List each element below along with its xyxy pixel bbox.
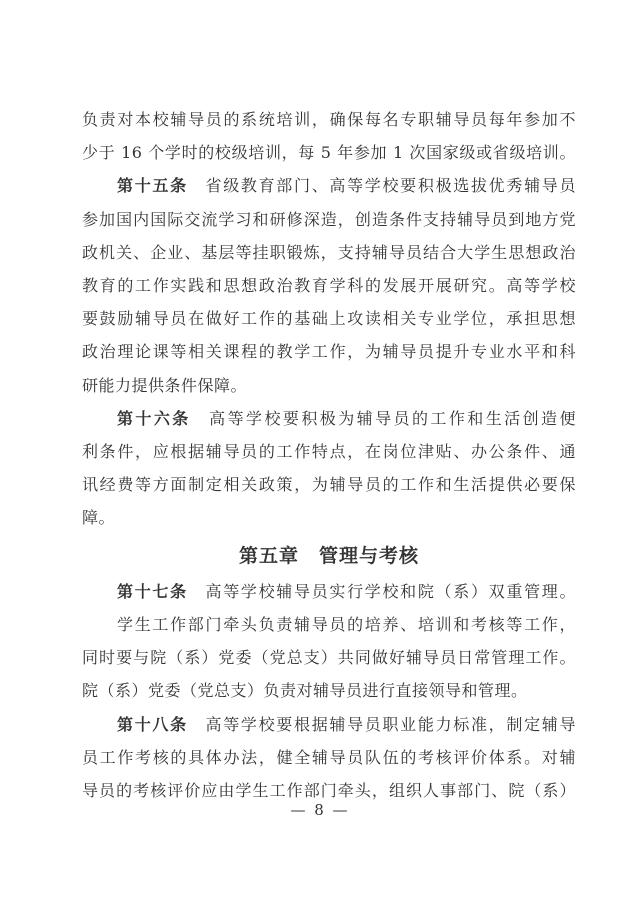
text-run: 研能力提供条件保障。	[82, 376, 247, 395]
text-run: 高等学校要根据辅导员职业能力标准，制定辅导	[188, 715, 576, 734]
text-run: 高等学校辅导员实行学校和院（系）双重管理。	[188, 582, 576, 601]
text-line: 教育的工作实践和思想政治教育学科的发展开展研究。高等学校	[82, 269, 576, 302]
text-line: 少于 16 个学时的校级培训，每 5 年参加 1 次国家级或省级培训。	[82, 136, 576, 169]
text-run: 政机关、企业、基层等挂职锻炼，支持辅导员结合大学生思想政治	[82, 243, 576, 262]
text-run: 利条件，应根据辅导员的工作特点，在岗位津贴、办公条件、通	[82, 442, 576, 461]
text-line: 利条件，应根据辅导员的工作特点，在岗位津贴、办公条件、通	[82, 435, 576, 468]
text-line: 障。	[82, 501, 576, 534]
document-page: 负责对本校辅导员的系统培训，确保每名专职辅导员每年参加不少于 16 个学时的校级…	[0, 0, 640, 905]
text-line: 政治理论课等相关课程的教学工作，为辅导员提升专业水平和科	[82, 335, 576, 368]
text-run: 员工作考核的具体办法，健全辅导员队伍的考核评价体系。对辅	[82, 748, 576, 767]
text-run: 导员的考核评价应由学生工作部门牵头，组织人事部门、院（系）	[82, 781, 576, 800]
text-line: 第十七条 高等学校辅导员实行学校和院（系）双重管理。	[82, 575, 576, 608]
text-run: 政治理论课等相关课程的教学工作，为辅导员提升专业水平和科	[82, 342, 576, 361]
text-run: 讯经费等方面制定相关政策，为辅导员的工作和生活提供必要保	[82, 475, 576, 494]
text-line: 负责对本校辅导员的系统培训，确保每名专职辅导员每年参加不	[82, 103, 576, 136]
text-run: 学生工作部门牵头负责辅导员的培养、培训和考核等工作，	[117, 615, 576, 634]
bold-text-run: 第十六条	[117, 409, 191, 428]
document-body: 负责对本校辅导员的系统培训，确保每名专职辅导员每年参加不少于 16 个学时的校级…	[82, 103, 576, 807]
text-run: 参加国内国际交流学习和研修深造，创造条件支持辅导员到地方党	[82, 210, 576, 229]
text-line: 第十六条 高等学校要积极为辅导员的工作和生活创造便	[82, 402, 576, 435]
text-line: 参加国内国际交流学习和研修深造，创造条件支持辅导员到地方党	[82, 203, 576, 236]
bold-text-run: 第十八条	[117, 715, 188, 734]
chapter-heading: 第五章 管理与考核	[82, 540, 576, 573]
text-run: 教育的工作实践和思想政治教育学科的发展开展研究。高等学校	[82, 276, 576, 295]
text-line: 同时要与院（系）党委（党总支）共同做好辅导员日常管理工作。	[82, 641, 576, 674]
text-line: 讯经费等方面制定相关政策，为辅导员的工作和生活提供必要保	[82, 468, 576, 501]
text-line: 院（系）党委（党总支）负责对辅导员进行直接领导和管理。	[82, 674, 576, 707]
bold-text-run: 第十五条	[117, 176, 188, 195]
text-line: 要鼓励辅导员在做好工作的基础上攻读相关专业学位，承担思想	[82, 302, 576, 335]
text-line: 政机关、企业、基层等挂职锻炼，支持辅导员结合大学生思想政治	[82, 236, 576, 269]
text-line: 第十八条 高等学校要根据辅导员职业能力标准，制定辅导	[82, 708, 576, 741]
text-line: 员工作考核的具体办法，健全辅导员队伍的考核评价体系。对辅	[82, 741, 576, 774]
text-run: 障。	[82, 508, 115, 527]
text-run: 同时要与院（系）党委（党总支）共同做好辅导员日常管理工作。	[82, 648, 576, 667]
text-run: 负责对本校辅导员的系统培训，确保每名专职辅导员每年参加不	[82, 110, 576, 129]
bold-text-run: 第十七条	[117, 582, 188, 601]
text-run: 院（系）党委（党总支）负责对辅导员进行直接领导和管理。	[82, 681, 528, 700]
bold-text-run: 第五章 管理与考核	[239, 545, 419, 567]
text-line: 第十五条 省级教育部门、高等学校要积极选拔优秀辅导员	[82, 169, 576, 202]
text-line: 学生工作部门牵头负责辅导员的培养、培训和考核等工作，	[82, 608, 576, 641]
text-run: 要鼓励辅导员在做好工作的基础上攻读相关专业学位，承担思想	[82, 309, 576, 328]
text-run: 少于 16 个学时的校级培训，每 5 年参加 1 次国家级或省级培训。	[82, 143, 576, 162]
text-line: 研能力提供条件保障。	[82, 369, 576, 402]
text-run: 省级教育部门、高等学校要积极选拔优秀辅导员	[188, 176, 576, 195]
text-run: 高等学校要积极为辅导员的工作和生活创造便	[191, 409, 576, 428]
page-number: — 8 —	[0, 801, 640, 819]
